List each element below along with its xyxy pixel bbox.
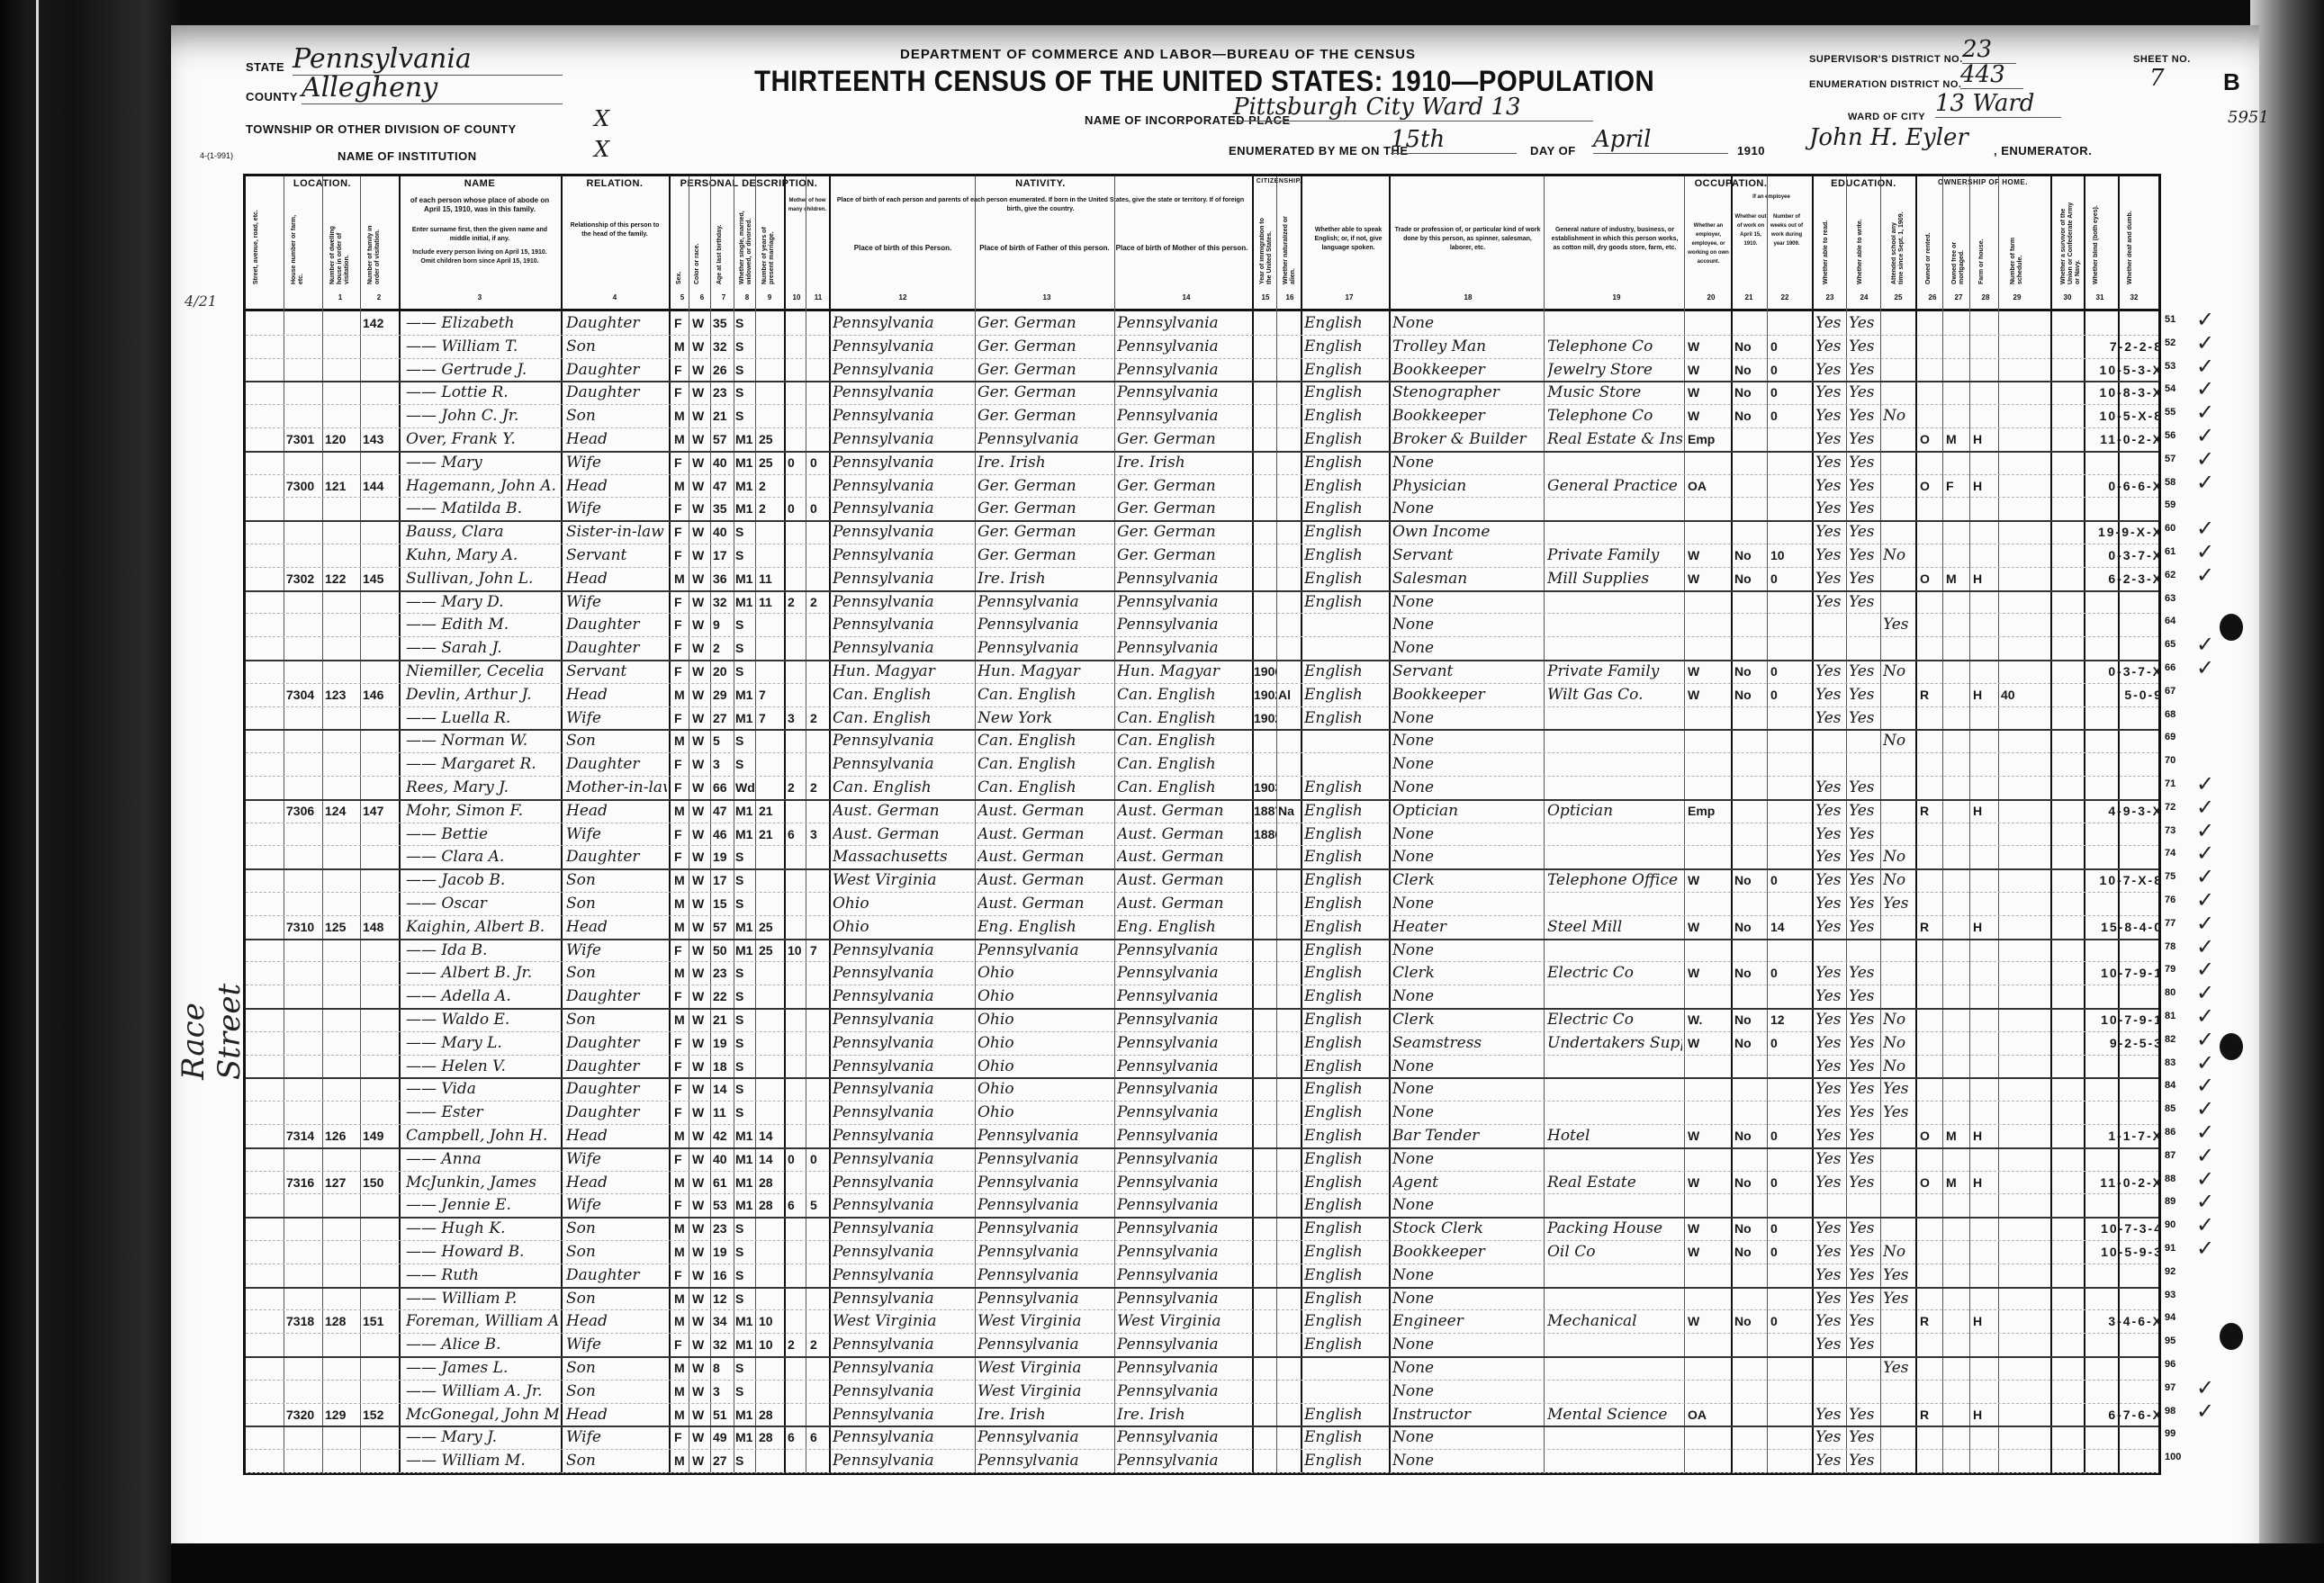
line-number: 74 xyxy=(2165,848,2175,859)
age-header: Age at last birthday. xyxy=(716,208,724,284)
cell-occupation-code xyxy=(2019,1381,2163,1402)
cell-naturalization xyxy=(1278,707,1300,729)
cell-school: Yes xyxy=(1883,1078,1914,1100)
cell-farm-house xyxy=(1973,1032,1996,1054)
cell-children-living xyxy=(810,1102,826,1123)
cell-birthplace-mother: Pennsylvania xyxy=(1117,1218,1250,1239)
cell-relation: Daughter xyxy=(566,846,667,868)
cell-age: 34 xyxy=(713,1310,733,1332)
cell-sex: F xyxy=(674,823,689,845)
cell-person-name: —— Margaret R. xyxy=(406,753,559,775)
cell-birthplace-father: West Virginia xyxy=(977,1381,1112,1402)
cell-birthplace-mother: Pennsylvania xyxy=(1117,1357,1250,1379)
cell-weeks-out xyxy=(1770,893,1810,914)
cell-can-write: Yes xyxy=(1849,1032,1879,1054)
cell-person-name: —— Alice B. xyxy=(406,1334,559,1355)
family-header: Number of family in order of visitation. xyxy=(367,208,382,284)
cell-weeks-out xyxy=(1770,1078,1810,1100)
cell-owned-rented xyxy=(1920,777,1941,798)
cell-children-living: 0 xyxy=(810,452,826,473)
supervisor-label: SUPERVISOR'S DISTRICT NO. xyxy=(1809,54,1963,65)
cell-age: 16 xyxy=(713,1264,733,1286)
cell-color: W xyxy=(692,916,708,938)
cell-farm-house: H xyxy=(1973,1172,1996,1193)
cell-years-married: 10 xyxy=(759,1310,782,1332)
cell-dwelling-number: 124 xyxy=(325,800,359,822)
sex-header: Sex. xyxy=(676,208,683,284)
cell-can-write: Yes xyxy=(1849,1148,1879,1170)
cell-can-write: Yes xyxy=(1849,382,1879,403)
cell-farm-house xyxy=(1973,405,1996,427)
cell-farm-schedule xyxy=(2001,661,2019,682)
cell-children-born: 0 xyxy=(788,1148,804,1170)
cell-industry xyxy=(1547,1381,1682,1402)
mother-children: Mother of how many children. xyxy=(786,196,829,214)
cell-language: English xyxy=(1304,544,1387,566)
cell-dwelling-number xyxy=(325,1381,359,1402)
cell-industry xyxy=(1547,1102,1682,1123)
cell-owned-rented: O xyxy=(1920,1172,1941,1193)
cell-sex: F xyxy=(674,498,689,519)
line-number: 94 xyxy=(2165,1312,2175,1323)
cell-relation: Wife xyxy=(566,498,667,519)
cell-out-of-work xyxy=(1734,1426,1765,1448)
cell-out-of-work: No xyxy=(1734,962,1765,984)
checkmark-icon: ✓ xyxy=(2196,1212,2214,1236)
cell-can-write: Yes xyxy=(1849,1102,1879,1123)
cell-sex: F xyxy=(674,940,689,961)
ward-value: 13 Ward xyxy=(1935,90,2061,118)
cell-birthplace-person: Pennsylvania xyxy=(833,614,973,635)
cell-weeks-out: 0 xyxy=(1770,336,1810,357)
cell-house-number xyxy=(286,1381,322,1402)
cell-occupation-code xyxy=(2019,1334,2163,1355)
township-value: X xyxy=(594,106,609,131)
cell-relation: Mother-in-law xyxy=(566,777,667,798)
cell-children-living xyxy=(810,405,826,427)
line-number: 87 xyxy=(2165,1150,2175,1161)
cell-relation: Son xyxy=(566,336,667,357)
cell-owned-free xyxy=(1946,1218,1968,1239)
cell-language: English xyxy=(1304,521,1387,543)
cell-immigration-year: 1886 xyxy=(1254,823,1276,845)
line-number: 60 xyxy=(2165,523,2175,534)
cell-owned-free xyxy=(1946,1032,1968,1054)
cell-marital-status: S xyxy=(735,312,755,334)
cell-school xyxy=(1883,1381,1914,1402)
read-header: Whether able to read. xyxy=(1823,208,1830,284)
cell-owned-rented: R xyxy=(1920,800,1941,822)
cell-weeks-out xyxy=(1770,1056,1810,1077)
cell-can-write: Yes xyxy=(1849,498,1879,519)
cell-weeks-out xyxy=(1770,1288,1810,1309)
cell-can-read: Yes xyxy=(1815,498,1846,519)
cell-relation: Head xyxy=(566,1125,667,1147)
cell-farm-house xyxy=(1973,1426,1996,1448)
cell-birthplace-person: Pennsylvania xyxy=(833,336,973,357)
cell-out-of-work: No xyxy=(1734,661,1765,682)
line-number: 67 xyxy=(2165,686,2175,697)
cell-owned-free xyxy=(1946,1009,1968,1030)
table-row: 7306124147Mohr, Simon F.HeadMW47M121Aust… xyxy=(246,799,2158,823)
table-row: —— Sarah J.DaughterFW2SPennsylvaniaPenns… xyxy=(246,636,2158,661)
cell-can-read: Yes xyxy=(1815,1264,1846,1286)
cell-relation: Head xyxy=(566,684,667,706)
cell-industry: Packing House xyxy=(1547,1218,1682,1239)
cell-years-married: 7 xyxy=(759,684,782,706)
cell-birthplace-father: Ohio xyxy=(977,1102,1112,1123)
cell-birthplace-mother: Pennsylvania xyxy=(1117,1381,1250,1402)
language-header: Whether able to speak English; or, if no… xyxy=(1308,226,1389,253)
cell-marital-status: S xyxy=(735,869,755,891)
cell-family-number xyxy=(363,1194,397,1216)
cell-marital-status: M1 xyxy=(735,1334,755,1355)
cell-industry xyxy=(1547,730,1682,751)
cell-marital-status: S xyxy=(735,1078,755,1100)
cell-occupation-code xyxy=(2019,1056,2163,1077)
cell-can-read: Yes xyxy=(1815,1148,1846,1170)
line-number: 84 xyxy=(2165,1080,2175,1091)
cell-owned-free xyxy=(1946,544,1968,566)
cell-relation: Servant xyxy=(566,544,667,566)
cell-occupation-code xyxy=(2019,730,2163,751)
cell-birthplace-person: Pennsylvania xyxy=(833,1334,973,1355)
cell-farm-schedule xyxy=(2001,1357,2019,1379)
cell-owned-free xyxy=(1946,452,1968,473)
cell-children-living xyxy=(810,661,826,682)
cell-owned-rented xyxy=(1920,661,1941,682)
line-number: 51 xyxy=(2165,314,2175,325)
cell-can-read: Yes xyxy=(1815,661,1846,682)
cell-naturalization xyxy=(1278,1102,1300,1123)
cell-birthplace-mother: Aust. German xyxy=(1117,869,1250,891)
cell-years-married xyxy=(759,1241,782,1263)
cell-house-number xyxy=(286,1194,322,1216)
cell-dwelling-number xyxy=(325,521,359,543)
cell-owned-rented xyxy=(1920,544,1941,566)
cell-owned-rented xyxy=(1920,336,1941,357)
cell-can-write: Yes xyxy=(1849,1310,1879,1332)
cell-owned-free xyxy=(1946,893,1968,914)
cell-weeks-out xyxy=(1770,1381,1810,1402)
cell-person-name: —— Jennie E. xyxy=(406,1194,559,1216)
cell-industry: Real Estate & Insurance xyxy=(1547,428,1682,450)
cell-age: 36 xyxy=(713,568,733,589)
line-number: 73 xyxy=(2165,825,2175,836)
cell-weeks-out: 0 xyxy=(1770,684,1810,706)
line-number: 69 xyxy=(2165,732,2175,742)
cell-school xyxy=(1883,1404,1914,1426)
cell-house-number: 7301 xyxy=(286,428,322,450)
cell-birthplace-mother: Pennsylvania xyxy=(1117,568,1250,589)
cell-color: W xyxy=(692,312,708,334)
cell-naturalization xyxy=(1278,1148,1300,1170)
cell-immigration-year: 1902 xyxy=(1254,684,1276,706)
cell-children-living xyxy=(810,521,826,543)
cell-years-married: 11 xyxy=(759,591,782,613)
cell-employer-status: W xyxy=(1688,661,1729,682)
cell-children-born xyxy=(788,1032,804,1054)
cell-sex: M xyxy=(674,1310,689,1332)
cell-dwelling-number: 126 xyxy=(325,1125,359,1147)
cell-birthplace-mother: Pennsylvania xyxy=(1117,1056,1250,1077)
cell-owned-rented xyxy=(1920,452,1941,473)
cell-sex: F xyxy=(674,753,689,775)
cell-farm-house xyxy=(1973,753,1996,775)
cell-color: W xyxy=(692,1426,708,1448)
cell-sex: F xyxy=(674,312,689,334)
cell-can-read: Yes xyxy=(1815,1310,1846,1332)
cell-school xyxy=(1883,1194,1914,1216)
cell-marital-status: S xyxy=(735,614,755,635)
cell-dwelling-number xyxy=(325,312,359,334)
cell-industry xyxy=(1547,777,1682,798)
cell-house-number xyxy=(286,544,322,566)
cell-naturalization xyxy=(1278,1218,1300,1239)
cell-age: 23 xyxy=(713,1218,733,1239)
cell-employer-status xyxy=(1688,614,1729,635)
cell-color: W xyxy=(692,1334,708,1355)
cell-owned-rented xyxy=(1920,498,1941,519)
cell-out-of-work xyxy=(1734,753,1765,775)
cell-immigration-year xyxy=(1254,1264,1276,1286)
cell-out-of-work xyxy=(1734,707,1765,729)
cell-industry: Telephone Office xyxy=(1547,869,1682,891)
cell-farm-house xyxy=(1973,1056,1996,1077)
cell-person-name: —— Ruth xyxy=(406,1264,559,1286)
cell-years-married xyxy=(759,382,782,403)
cell-weeks-out xyxy=(1770,1102,1810,1123)
cell-language xyxy=(1304,614,1387,635)
line-number: 79 xyxy=(2165,964,2175,975)
cell-farm-schedule xyxy=(2001,614,2019,635)
cell-children-born xyxy=(788,521,804,543)
cell-children-born: 10 xyxy=(788,940,804,961)
cell-immigration-year xyxy=(1254,1009,1276,1030)
cell-can-write: Yes xyxy=(1849,1125,1879,1147)
cell-can-read xyxy=(1815,1357,1846,1379)
cell-can-write: Yes xyxy=(1849,1426,1879,1448)
cell-can-write: Yes xyxy=(1849,521,1879,543)
cell-years-married xyxy=(759,1078,782,1100)
cell-birthplace-mother: Ire. Irish xyxy=(1117,1404,1250,1426)
cell-relation: Head xyxy=(566,916,667,938)
cell-naturalization xyxy=(1278,1381,1300,1402)
cell-farm-house xyxy=(1973,1381,1996,1402)
cell-owned-free xyxy=(1946,637,1968,659)
stamp-number: 5951 xyxy=(2228,108,2269,127)
table-row: —— John C. Jr.SonMW21SPennsylvaniaGer. G… xyxy=(246,404,2158,428)
cell-trade: None xyxy=(1392,1426,1542,1448)
cell-family-number xyxy=(363,498,397,519)
cell-birthplace-mother: Pennsylvania xyxy=(1117,614,1250,635)
cell-owned-rented xyxy=(1920,1102,1941,1123)
cell-family-number xyxy=(363,1218,397,1239)
table-row: —— Clara A.DaughterFW19SMassachusettsAus… xyxy=(246,845,2158,870)
cell-person-name: Sullivan, John L. xyxy=(406,568,559,589)
cell-birthplace-father: Ger. German xyxy=(977,544,1112,566)
cell-house-number xyxy=(286,1426,322,1448)
checkmark-icon: ✓ xyxy=(2196,887,2214,911)
cell-occupation-code xyxy=(2019,846,2163,868)
cell-farm-house xyxy=(1973,591,1996,613)
cell-age: 18 xyxy=(713,1056,733,1077)
cell-farm-schedule xyxy=(2001,1125,2019,1147)
cell-can-read: Yes xyxy=(1815,1450,1846,1471)
cell-relation: Head xyxy=(566,1310,667,1332)
cell-farm-schedule xyxy=(2001,846,2019,868)
cell-relation: Head xyxy=(566,568,667,589)
cell-farm-house xyxy=(1973,940,1996,961)
cell-birthplace-person: Pennsylvania xyxy=(833,359,973,381)
cell-owned-free xyxy=(1946,591,1968,613)
cell-marital-status: S xyxy=(735,1009,755,1030)
cell-dwelling-number xyxy=(325,498,359,519)
cell-age: 51 xyxy=(713,1404,733,1426)
cell-marital-status: S xyxy=(735,1288,755,1309)
scan-left-border xyxy=(0,0,180,1583)
cell-house-number xyxy=(286,1102,322,1123)
table-row: Kuhn, Mary A.ServantFW17SPennsylvaniaGer… xyxy=(246,544,2158,568)
checkmark-icon: ✓ xyxy=(2196,1143,2214,1166)
cell-children-born: 2 xyxy=(788,777,804,798)
cell-marital-status: S xyxy=(735,382,755,403)
cell-family-number xyxy=(363,614,397,635)
cell-farm-house xyxy=(1973,614,1996,635)
cell-marital-status: M1 xyxy=(735,684,755,706)
cell-occupation-code: 6-2-3-X xyxy=(2019,568,2163,589)
cell-immigration-year xyxy=(1254,475,1276,497)
cell-owned-free xyxy=(1946,1264,1968,1286)
cell-person-name: —— Ida B. xyxy=(406,940,559,961)
cell-marital-status: M1 xyxy=(735,916,755,938)
table-row: —— William P.SonMW12SPennsylvaniaPennsyl… xyxy=(246,1287,2158,1311)
cell-naturalization xyxy=(1278,1241,1300,1263)
cell-farm-schedule xyxy=(2001,544,2019,566)
cell-naturalization xyxy=(1278,962,1300,984)
cell-language: English xyxy=(1304,1450,1387,1471)
cell-dwelling-number xyxy=(325,1334,359,1355)
cell-family-number xyxy=(363,1078,397,1100)
cell-occupation-code xyxy=(2019,1264,2163,1286)
cell-house-number xyxy=(286,1264,322,1286)
cell-house-number xyxy=(286,777,322,798)
checkmark-icon: ✓ xyxy=(2196,354,2214,377)
cell-language: English xyxy=(1304,684,1387,706)
cell-can-read: Yes xyxy=(1815,1009,1846,1030)
industry-header: General nature of industry, business, or… xyxy=(1547,226,1682,253)
cell-occupation-code: 10-8-3-X xyxy=(2019,382,2163,403)
cell-can-read: Yes xyxy=(1815,428,1846,450)
cell-house-number xyxy=(286,985,322,1007)
cell-trade: Bookkeeper xyxy=(1392,405,1542,427)
cell-owned-free xyxy=(1946,1056,1968,1077)
line-number: 78 xyxy=(2165,941,2175,952)
cell-can-write: Yes xyxy=(1849,336,1879,357)
cell-age: 3 xyxy=(713,753,733,775)
cell-birthplace-father: Ger. German xyxy=(977,498,1112,519)
cell-children-born xyxy=(788,753,804,775)
cell-sex: F xyxy=(674,846,689,868)
cell-years-married xyxy=(759,637,782,659)
table-row: —— Luella R.WifeFW27M1732Can. EnglishNew… xyxy=(246,706,2158,732)
col-num-4: 4 xyxy=(606,293,624,301)
cell-employer-status xyxy=(1688,1426,1729,1448)
cell-farm-schedule xyxy=(2001,382,2019,403)
cell-sex: M xyxy=(674,893,689,914)
cell-industry xyxy=(1547,498,1682,519)
col-num-15: 15 xyxy=(1258,293,1273,301)
cell-trade: None xyxy=(1392,1381,1542,1402)
cell-birthplace-mother: Eng. English xyxy=(1117,916,1250,938)
cell-naturalization xyxy=(1278,893,1300,914)
table-row: —— Mary L.DaughterFW19SPennsylvaniaOhioP… xyxy=(246,1031,2158,1056)
cell-color: W xyxy=(692,869,708,891)
cell-owned-rented xyxy=(1920,940,1941,961)
cell-occupation-code: 11-0-2-X xyxy=(2019,1172,2163,1193)
cell-naturalization xyxy=(1278,1450,1300,1471)
cell-children-living xyxy=(810,475,826,497)
cell-family-number xyxy=(363,753,397,775)
cell-farm-schedule xyxy=(2001,985,2019,1007)
cell-birthplace-mother: Pennsylvania xyxy=(1117,962,1250,984)
checkmark-icon: ✓ xyxy=(2196,795,2214,818)
line-number: 68 xyxy=(2165,709,2175,720)
write-header: Whether able to write. xyxy=(1857,208,1864,284)
cell-farm-schedule xyxy=(2001,1218,2019,1239)
cell-children-living xyxy=(810,753,826,775)
cell-house-number xyxy=(286,1218,322,1239)
cell-employer-status: OA xyxy=(1688,1404,1729,1426)
cell-relation: Head xyxy=(566,1404,667,1426)
cell-can-write xyxy=(1849,637,1879,659)
cell-birthplace-father: Ire. Irish xyxy=(977,452,1112,473)
cell-owned-rented xyxy=(1920,753,1941,775)
cell-relation: Daughter xyxy=(566,1056,667,1077)
cell-can-write: Yes xyxy=(1849,1056,1879,1077)
cell-birthplace-father: Aust. German xyxy=(977,869,1112,891)
cell-birthplace-father: Hun. Magyar xyxy=(977,661,1112,682)
cell-sex: M xyxy=(674,869,689,891)
cell-age: 5 xyxy=(713,730,733,751)
cell-owned-rented: O xyxy=(1920,428,1941,450)
cell-can-read: Yes xyxy=(1815,1334,1846,1355)
cell-sex: F xyxy=(674,1078,689,1100)
cell-trade: None xyxy=(1392,1056,1542,1077)
cell-age: 27 xyxy=(713,1450,733,1471)
cell-marital-status: M1 xyxy=(735,1404,755,1426)
cell-person-name: —— William T. xyxy=(406,336,559,357)
cell-out-of-work xyxy=(1734,312,1765,334)
cell-trade: Salesman xyxy=(1392,568,1542,589)
cell-family-number: 148 xyxy=(363,916,397,938)
cell-dwelling-number xyxy=(325,1357,359,1379)
cell-relation: Daughter xyxy=(566,312,667,334)
cell-can-read: Yes xyxy=(1815,846,1846,868)
cell-can-read: Yes xyxy=(1815,869,1846,891)
cell-marital-status: M1 xyxy=(735,800,755,822)
cell-can-write: Yes xyxy=(1849,428,1879,450)
cell-children-living xyxy=(810,1310,826,1332)
col-num-18: 18 xyxy=(1461,293,1475,301)
cell-can-read: Yes xyxy=(1815,823,1846,845)
cell-farm-house xyxy=(1973,359,1996,381)
cell-can-read: Yes xyxy=(1815,568,1846,589)
col-num-28: 28 xyxy=(1978,293,1993,301)
cell-dwelling-number: 122 xyxy=(325,568,359,589)
cell-occupation-code: 11-0-2-X xyxy=(2019,428,2163,450)
cell-relation: Son xyxy=(566,1009,667,1030)
